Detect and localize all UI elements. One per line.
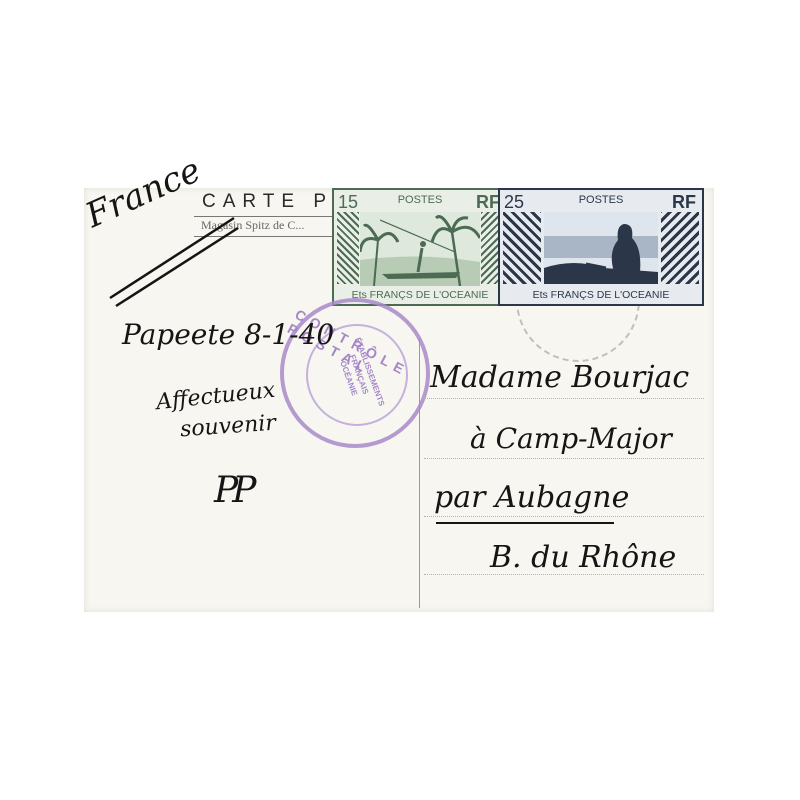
stamp-border-pattern (503, 212, 541, 284)
stamp-15: 15 POSTES RF Ets FRANÇS DE L'OCEANIE (332, 188, 508, 306)
address-underline (436, 522, 614, 524)
address-line-1: Madame Bourjac (430, 360, 689, 395)
stamp-country-mark: RF (476, 192, 500, 213)
greeting-line-1: Affectueux (155, 378, 276, 415)
seated-woman-scene-illustration (544, 212, 658, 284)
address-line-2: à Camp-Major (470, 422, 672, 455)
address-line-4: B. du Rhône (490, 540, 676, 575)
signature: PP (214, 470, 250, 511)
stamp-25: 25 POSTES RF Ets FRANÇS DE L'OCEANIE (498, 188, 704, 306)
stamp-country-mark: RF (672, 192, 696, 213)
underline-strokes (102, 198, 242, 308)
stamp-border-pattern (661, 212, 699, 284)
card-divider (419, 338, 420, 608)
postcard: CARTE POSTALE Magasin Spitz de C... Fran… (84, 188, 714, 612)
greeting-line-2: souvenir (179, 411, 276, 443)
stamp-issuer: Ets FRANÇS DE L'OCEANIE (500, 289, 702, 301)
address-guide-line (424, 458, 704, 459)
address-guide-line (424, 398, 704, 399)
address-guide-line (424, 516, 704, 517)
place-date: Papeete 8-1-40 (122, 318, 334, 351)
fisherman-scene-illustration (360, 212, 480, 286)
stamp-border-pattern (337, 212, 359, 284)
address-line-3: par Aubagne (434, 480, 629, 515)
